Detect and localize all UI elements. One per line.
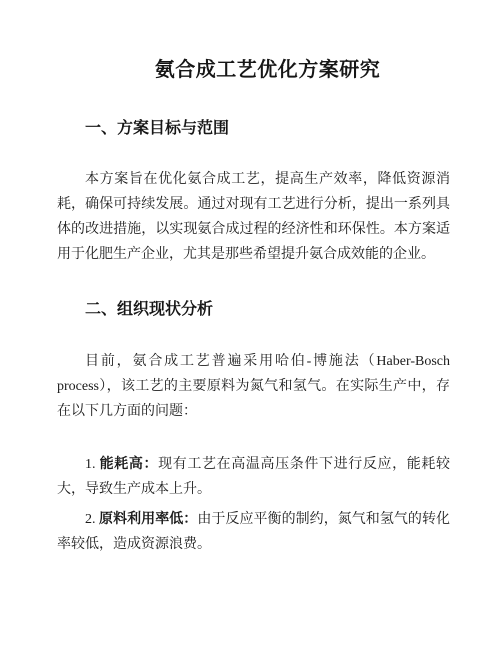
page-title: 氨合成工艺优化方案研究 <box>85 56 450 84</box>
section-heading-status: 二、组织现状分析 <box>57 299 450 321</box>
paragraph-goals: 本方案旨在优化氨合成工艺，提高生产效率，降低资源消耗，确保可持续发展。通过对现有… <box>57 167 450 267</box>
list-item-number: 2. <box>85 512 99 527</box>
list-item: 2. 原料利用率低：由于反应平衡的制约，氮气和氢气的转化率较低，造成资源浪费。 <box>57 507 450 557</box>
list-item-term: 能耗高： <box>100 457 159 472</box>
document-page: 氨合成工艺优化方案研究 一、方案目标与范围 本方案旨在优化氨合成工艺，提高生产效… <box>0 0 500 647</box>
section-heading-goals: 一、方案目标与范围 <box>57 118 450 140</box>
paragraph-status: 目前，氨合成工艺普遍采用哈伯-博施法（Haber-Bosch process），… <box>57 349 450 424</box>
list-item-number: 1. <box>85 457 100 472</box>
list-item: 1. 能耗高：现有工艺在高温高压条件下进行反应，能耗较大，导致生产成本上升。 <box>57 452 450 502</box>
list-item-term: 原料利用率低： <box>99 512 197 527</box>
